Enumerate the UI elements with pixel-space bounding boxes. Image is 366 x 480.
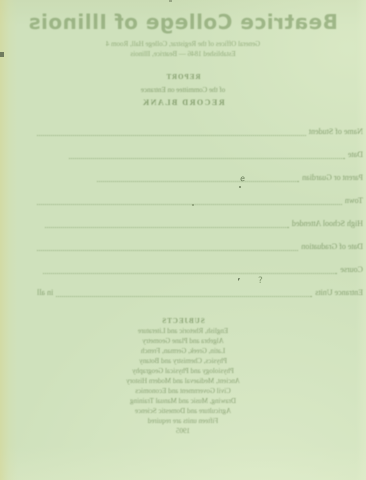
- form-row-label: Town: [342, 196, 363, 205]
- list-line: SUBJECTS: [0, 316, 366, 326]
- list-line: Civil Government and Economics: [0, 386, 366, 396]
- list-line: Fifteen units are required: [0, 416, 366, 426]
- form-row-label: Date of Graduation: [298, 242, 363, 251]
- bleedthrough-heading-line-3: RECORD BLANK: [0, 98, 366, 107]
- dotted-rule: [37, 249, 298, 251]
- dotted-rule: [37, 203, 342, 205]
- bleedthrough-layer: Beatrice College of Illinois General Off…: [0, 0, 366, 480]
- bleedthrough-college-title: Beatrice College of Illinois: [0, 10, 366, 34]
- list-line: English, Rhetoric and Literature: [0, 326, 366, 336]
- form-row-suffix: in all: [37, 288, 56, 297]
- bleedthrough-subtitle-line-2: Established 1846 — Beatrice, Illinois: [0, 50, 366, 58]
- form-row: Date: [37, 147, 363, 159]
- dotted-rule: [97, 180, 299, 182]
- form-row: Date of Graduation: [37, 239, 363, 251]
- form-row-label: High School Attended: [289, 219, 363, 228]
- dotted-rule: [37, 134, 306, 136]
- tick-mark: ʼ: [237, 276, 241, 289]
- list-line: Latin, Greek, German, French: [0, 346, 366, 356]
- form-row-label: Entrance Units: [312, 288, 363, 297]
- list-line: Physics, Chemistry and Botany: [0, 356, 366, 366]
- dotted-rule: [43, 272, 337, 274]
- form-row: Town: [37, 193, 363, 205]
- bleedthrough-heading-line-2: of the Committee on Entrance: [0, 86, 366, 94]
- left-edge-ink-dash: [0, 52, 4, 57]
- list-line: Agriculture and Domestic Science: [0, 406, 366, 416]
- list-line: Physiology and Physical Geography: [0, 366, 366, 376]
- list-line: 1905: [0, 426, 366, 436]
- form-row: High School Attended: [37, 216, 363, 228]
- dotted-rule: [69, 157, 345, 159]
- bleedthrough-subtitle-line-1: General Offices of the Registrar, Colleg…: [0, 40, 366, 48]
- form-row-label: Parent or Guardian: [299, 173, 363, 182]
- form-row: Name of Student: [37, 124, 363, 136]
- list-line: Drawing, Music and Manual Training: [0, 396, 366, 406]
- dotted-rule: [56, 295, 312, 297]
- list-line: Algebra and Plane Geometry: [0, 336, 366, 346]
- faint-question-mark: ?: [258, 276, 263, 286]
- bleedthrough-subject-list: SUBJECTS English, Rhetoric and Literatur…: [0, 316, 366, 436]
- form-row-label: Course: [337, 265, 363, 274]
- ink-dot: [239, 186, 241, 188]
- form-row: Course: [37, 262, 363, 274]
- dotted-rule: [45, 226, 289, 228]
- list-line: Ancient, Mediaeval and Modern History: [0, 376, 366, 386]
- bleedthrough-heading-line-1: REPORT: [0, 73, 366, 81]
- form-row: Parent or Guardian: [37, 170, 363, 182]
- scanned-page: Beatrice College of Illinois General Off…: [0, 0, 366, 480]
- top-edge-speck: [169, 0, 172, 2]
- ink-speck: [192, 204, 194, 206]
- form-row-label: Name of Student: [306, 127, 363, 136]
- form-row: Entrance Units in all: [37, 285, 363, 297]
- form-row-label: Date: [345, 150, 363, 159]
